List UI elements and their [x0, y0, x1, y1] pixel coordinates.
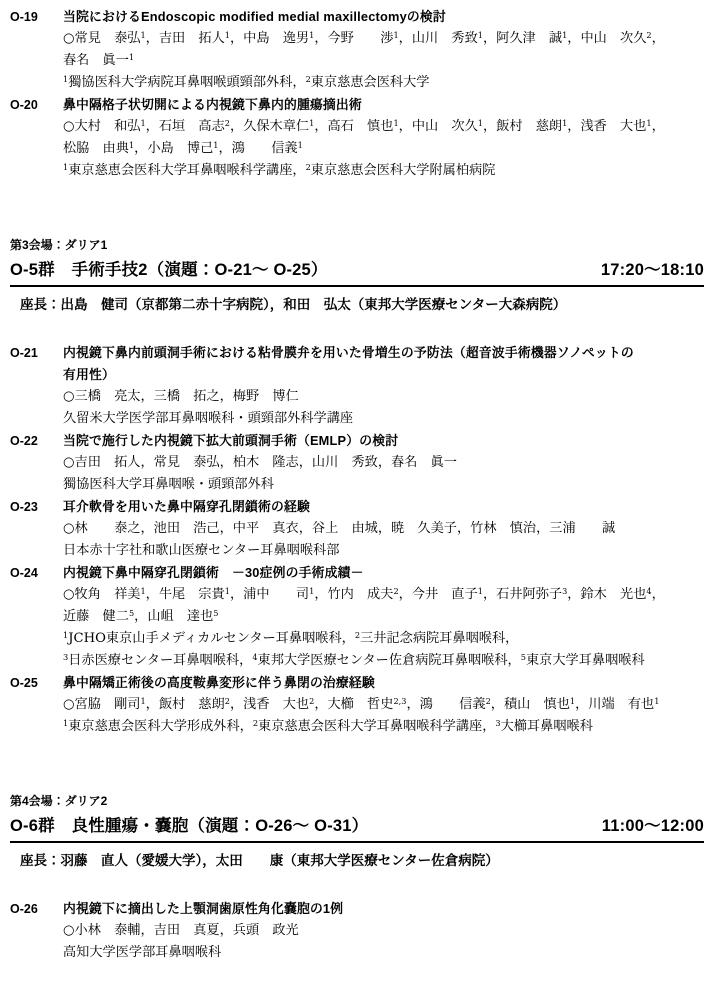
session-chairs: 座長：出島 健司（京都第二赤十字病院），和田 弘太（東邦大学医療センター大森病院… — [10, 294, 704, 316]
entry-O-21: O-21 内視鏡下鼻内前頭洞手術における粘骨膜弁を用いた骨増生の予防法（超音波手… — [10, 342, 704, 430]
session-time: 11:00～12:00 — [602, 814, 704, 838]
entry-title: 耳介軟骨を用いた鼻中隔穿孔閉鎖術の経験 — [63, 496, 704, 518]
entry-number: O-25 — [10, 672, 63, 694]
entry-title: 内視鏡下鼻内前頭洞手術における粘骨膜弁を用いた骨増生の予防法（超音波手術機器ソノ… — [63, 342, 704, 364]
venue-label: 第3会場：ダリア1 — [10, 235, 704, 255]
entry-O-20: O-20 鼻中隔格子状切開による内視鏡下鼻内的腫瘍摘出術 ○大村 和弘1，石垣 … — [10, 94, 704, 182]
entry-number: O-19 — [10, 6, 63, 28]
entry-affiliations: 1東京慈恵会医科大学耳鼻咽喉科学講座，2東京慈恵会医科大学附属柏病院 — [63, 160, 704, 182]
entry-affiliations: 1JCHO東京山手メディカルセンター耳鼻咽喉科，2三井記念病院耳鼻咽喉科， — [63, 628, 704, 650]
entry-O-25: O-25 鼻中隔矯正術後の高度鞍鼻変形に伴う鼻閉の治療経験 ○宮脇 剛司1，飯村… — [10, 672, 704, 738]
entry-authors: ○常見 泰弘1，吉田 拓人1，中島 逸男1，今野 渉1，山川 秀致1，阿久津 誠… — [63, 28, 704, 50]
entry-title: 内視鏡下に摘出した上顎洞歯原性角化嚢胞の1例 — [63, 898, 704, 920]
entry-O-19: O-19 当院におけるEndoscopic modified medial ma… — [10, 6, 704, 94]
entry-number: O-20 — [10, 94, 63, 116]
entry-affiliations: 1獨協医科大学病院耳鼻咽喉頭頸部外科，2東京慈恵会医科大学 — [63, 72, 704, 94]
venue-label: 第4会場：ダリア2 — [10, 791, 704, 811]
entry-title: 有用性） — [63, 364, 704, 386]
entry-O-26: O-26 内視鏡下に摘出した上顎洞歯原性角化嚢胞の1例 ○小林 泰輔，吉田 真夏… — [10, 898, 704, 964]
entry-affiliations: 日本赤十字社和歌山医療センター耳鼻咽喉科部 — [63, 540, 704, 562]
entry-content: 鼻中隔矯正術後の高度鞍鼻変形に伴う鼻閉の治療経験 ○宮脇 剛司1，飯村 慈朗2，… — [63, 672, 704, 738]
session-header: O-6群 良性腫瘍・嚢胞（演題：O-26～ O-31） 11:00～12:00 — [10, 811, 704, 843]
entry-affiliations: 獨協医科大学耳鼻咽喉・頭頸部外科 — [63, 474, 704, 496]
entry-affiliations: 1東京慈恵会医科大学形成外科，2東京慈恵会医科大学耳鼻咽喉科学講座，3大櫛耳鼻咽… — [63, 716, 704, 738]
entry-number: O-23 — [10, 496, 63, 518]
entry-number: O-26 — [10, 898, 63, 920]
entry-content: 内視鏡下に摘出した上顎洞歯原性角化嚢胞の1例 ○小林 泰輔，吉田 真夏，兵頭 政… — [63, 898, 704, 964]
session-header: O-5群 手術手技2（演題：O-21～ O-25） 17:20～18:10 — [10, 255, 704, 287]
entry-authors: 松脇 由典1，小島 博己1，鴻 信義1 — [63, 138, 704, 160]
session-chairs: 座長：羽藤 直人（愛媛大学），太田 康（東邦大学医療センター佐倉病院） — [10, 850, 704, 872]
entry-title: 当院におけるEndoscopic modified medial maxille… — [63, 6, 704, 28]
entry-title: 内視鏡下鼻中隔穿孔閉鎖術 －30症例の手術成績－ — [63, 562, 704, 584]
entry-affiliations: 久留米大学医学部耳鼻咽喉科・頭頸部外科学講座 — [63, 408, 704, 430]
session-title: O-5群 手術手技2（演題：O-21～ O-25） — [10, 258, 328, 282]
session-entries: O-26 内視鏡下に摘出した上顎洞歯原性角化嚢胞の1例 ○小林 泰輔，吉田 真夏… — [10, 898, 704, 964]
entry-title: 鼻中隔格子状切開による内視鏡下鼻内的腫瘍摘出術 — [63, 94, 704, 116]
session-section-O5: 第3会場：ダリア1 O-5群 手術手技2（演題：O-21～ O-25） 17:2… — [10, 235, 704, 738]
entry-content: 内視鏡下鼻内前頭洞手術における粘骨膜弁を用いた骨増生の予防法（超音波手術機器ソノ… — [63, 342, 704, 430]
session-entries: O-21 内視鏡下鼻内前頭洞手術における粘骨膜弁を用いた骨増生の予防法（超音波手… — [10, 342, 704, 738]
entry-content: 内視鏡下鼻中隔穿孔閉鎖術 －30症例の手術成績－ ○牧角 祥美1，牛尾 宗貴1，… — [63, 562, 704, 672]
entry-title: 鼻中隔矯正術後の高度鞍鼻変形に伴う鼻閉の治療経験 — [63, 672, 704, 694]
entry-authors: ○大村 和弘1，石垣 高志2，久保木章仁1，高石 慎也1，中山 次久1，飯村 慈… — [63, 116, 704, 138]
entry-number: O-22 — [10, 430, 63, 452]
entry-authors: ○牧角 祥美1，牛尾 宗貴1，浦中 司1，竹内 成夫2，今井 直子1，石井阿弥子… — [63, 584, 704, 606]
entry-content: 鼻中隔格子状切開による内視鏡下鼻内的腫瘍摘出術 ○大村 和弘1，石垣 高志2，久… — [63, 94, 704, 182]
entry-O-23: O-23 耳介軟骨を用いた鼻中隔穿孔閉鎖術の経験 ○林 泰之，池田 浩己，中平 … — [10, 496, 704, 562]
entry-content: 当院におけるEndoscopic modified medial maxille… — [63, 6, 704, 94]
entry-content: 耳介軟骨を用いた鼻中隔穿孔閉鎖術の経験 ○林 泰之，池田 浩己，中平 真衣，谷上… — [63, 496, 704, 562]
entry-O-22: O-22 当院で施行した内視鏡下拡大前頭洞手術（EMLP）の検討 ○吉田 拓人，… — [10, 430, 704, 496]
entry-authors: ○宮脇 剛司1，飯村 慈朗2，浅香 大也2，大櫛 哲史2,3，鴻 信義2，積山 … — [63, 694, 704, 716]
entry-authors: ○小林 泰輔，吉田 真夏，兵頭 政光 — [63, 920, 704, 942]
entry-authors: ○三橋 亮太，三橋 拓之，梅野 博仁 — [63, 386, 704, 408]
entry-O-24: O-24 内視鏡下鼻中隔穿孔閉鎖術 －30症例の手術成績－ ○牧角 祥美1，牛尾… — [10, 562, 704, 672]
entry-content: 当院で施行した内視鏡下拡大前頭洞手術（EMLP）の検討 ○吉田 拓人，常見 泰弘… — [63, 430, 704, 496]
entry-authors: 春名 眞一1 — [63, 50, 704, 72]
program-page: O-19 当院におけるEndoscopic modified medial ma… — [0, 0, 710, 1000]
entry-affiliations: 高知大学医学部耳鼻咽喉科 — [63, 942, 704, 964]
session-title: O-6群 良性腫瘍・嚢胞（演題：O-26～ O-31） — [10, 814, 368, 838]
session-section-O6: 第4会場：ダリア2 O-6群 良性腫瘍・嚢胞（演題：O-26～ O-31） 11… — [10, 791, 704, 964]
entry-number: O-21 — [10, 342, 63, 364]
entry-title: 当院で施行した内視鏡下拡大前頭洞手術（EMLP）の検討 — [63, 430, 704, 452]
entry-number: O-24 — [10, 562, 63, 584]
entry-affiliations: 3日赤医療センター耳鼻咽喉科，4東邦大学医療センター佐倉病院耳鼻咽喉科，5東京大… — [63, 650, 704, 672]
session-time: 17:20～18:10 — [601, 258, 704, 282]
entry-authors: ○吉田 拓人，常見 泰弘，柏木 隆志，山川 秀致，春名 眞一 — [63, 452, 704, 474]
entry-authors: ○林 泰之，池田 浩己，中平 真衣，谷上 由城，暁 久美子，竹林 慎治，三浦 誠 — [63, 518, 704, 540]
entry-authors: 近藤 健二5，山岨 達也5 — [63, 606, 704, 628]
